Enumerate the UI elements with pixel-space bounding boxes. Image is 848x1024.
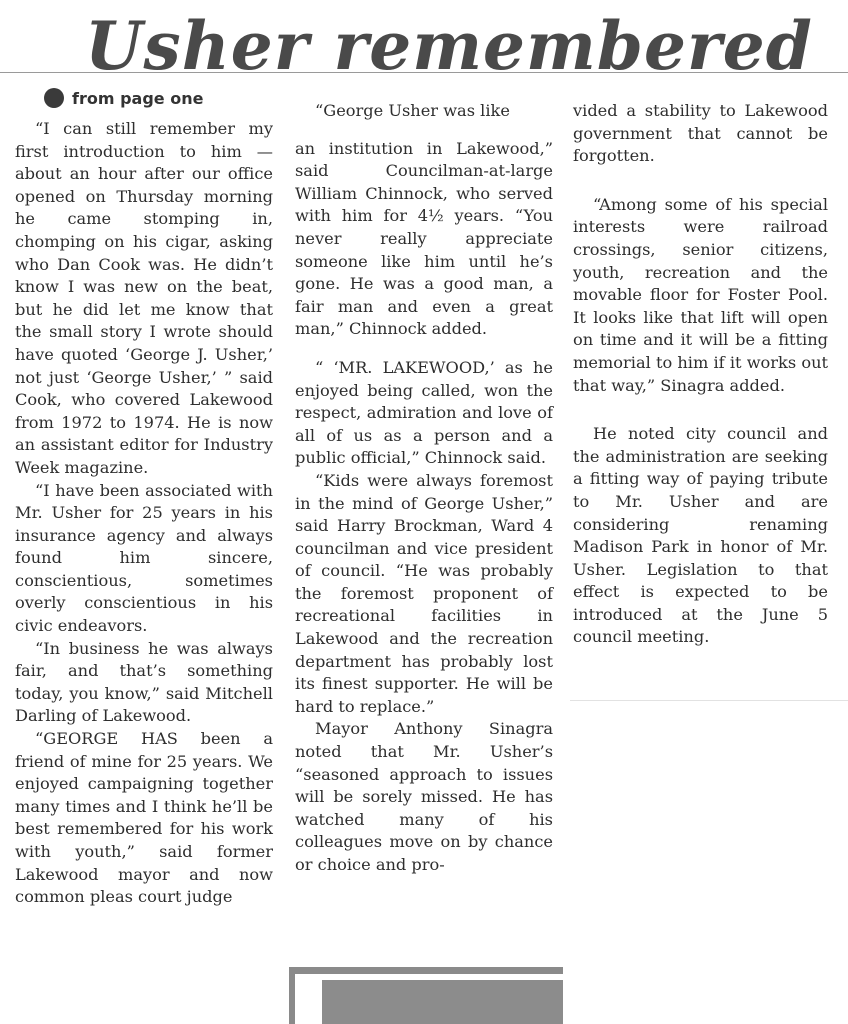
bullet-icon bbox=[44, 88, 64, 108]
spacer bbox=[295, 341, 553, 357]
paragraph: “I can still remember my first introduct… bbox=[15, 118, 273, 480]
paragraph: “George Usher was like bbox=[295, 100, 553, 123]
paragraph: Mayor Anthony Sinagra noted that Mr. Ush… bbox=[295, 718, 553, 876]
jump-line: from page one bbox=[44, 88, 203, 108]
column-3: vided a stability to Lakewood government… bbox=[573, 100, 828, 649]
column-2: “George Usher was like an institution in… bbox=[295, 100, 553, 877]
paragraph: “ ‘MR. LAKEWOOD,’ as he enjoyed being ca… bbox=[295, 357, 553, 470]
column-end-rule bbox=[570, 700, 848, 701]
headline-rule bbox=[0, 72, 848, 73]
paragraph: an institution in Lakewood,” said Counci… bbox=[295, 138, 553, 341]
headline: Usher remembered bbox=[85, 6, 813, 86]
photo-placeholder bbox=[322, 980, 563, 1024]
paragraph: He noted city council and the administra… bbox=[573, 423, 828, 649]
paragraph: “GEORGE HAS been a friend of mine for 25… bbox=[15, 728, 273, 909]
paragraph: “Among some of his special interests wer… bbox=[573, 194, 828, 397]
paragraph: “In business he was always fair, and tha… bbox=[15, 638, 273, 728]
spacer bbox=[573, 168, 828, 194]
paragraph: vided a stability to Lakewood government… bbox=[573, 100, 828, 168]
paragraph: “I have been associated with Mr. Usher f… bbox=[15, 480, 273, 638]
paragraph: “Kids were always foremost in the mind o… bbox=[295, 470, 553, 719]
spacer bbox=[573, 397, 828, 423]
jump-label: from page one bbox=[72, 89, 203, 108]
column-1: “I can still remember my first introduct… bbox=[15, 118, 273, 909]
